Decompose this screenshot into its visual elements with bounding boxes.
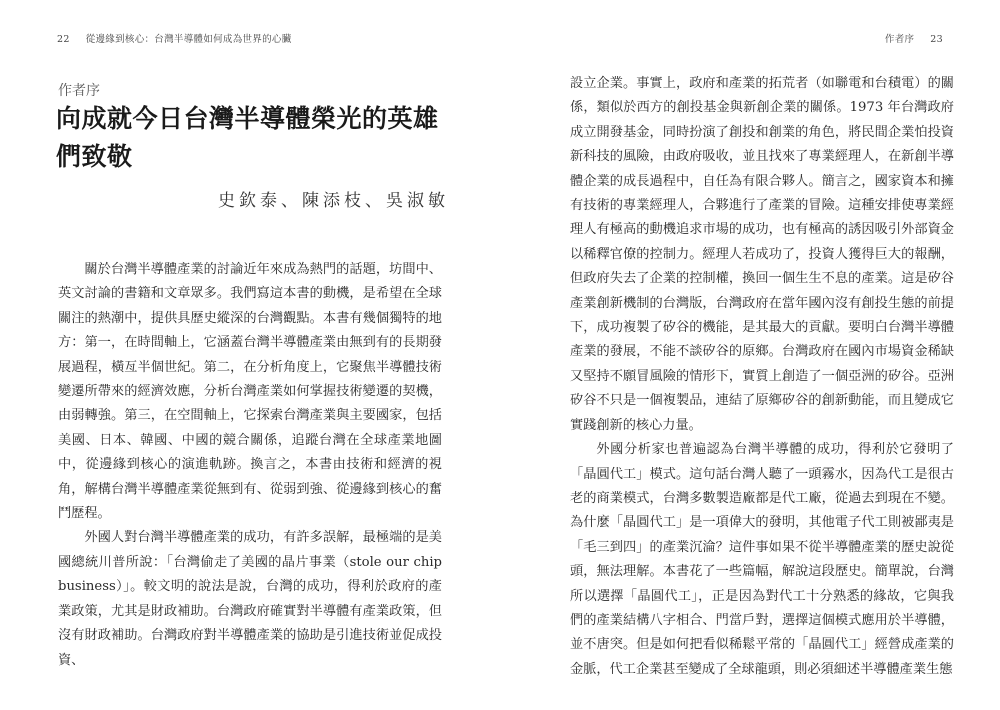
page-number-left: 22	[57, 34, 70, 45]
authors: 史欽泰、陳添枝、吳淑敏	[218, 186, 449, 211]
book-title: 從邊緣到核心：台灣半導體如何成為世界的心臟	[86, 34, 292, 45]
chapter-title: 向成就今日台灣半導體榮光的英雄們致敬	[56, 100, 456, 176]
page-number-right: 23	[930, 34, 943, 45]
body-text-left: 關於台灣半導體產業的討論近年來成為熱門的話題，坊間中、英文討論的書籍和文章眾多。…	[58, 258, 442, 673]
section-label: 作者序	[58, 80, 100, 100]
paragraph: 外國分析家也普遍認為台灣半導體的成功，得利於它發明了「晶圓代工」模式。這句話台灣…	[570, 438, 954, 682]
paragraph: 外國人對台灣半導體產業的成功，有許多誤解，最極端的是美國總統川普所說：「台灣偷走…	[58, 526, 442, 672]
paragraph: 關於台灣半導體產業的討論近年來成為熱門的話題，坊間中、英文討論的書籍和文章眾多。…	[58, 258, 442, 526]
running-head-right: 作者序23	[885, 31, 943, 45]
section-running-head: 作者序	[885, 34, 914, 45]
paragraph: 設立企業。事實上，政府和產業的拓荒者（如聯電和台積電）的關係，類似於西方的創投基…	[570, 72, 954, 438]
running-head-left: 22從邊緣到核心：台灣半導體如何成為世界的心臟	[57, 31, 292, 45]
left-page: 22從邊緣到核心：台灣半導體如何成為世界的心臟 作者序 向成就今日台灣半導體榮光…	[0, 0, 500, 710]
right-page: 作者序23 設立企業。事實上，政府和產業的拓荒者（如聯電和台積電）的關係，類似於…	[500, 0, 1000, 710]
body-text-right: 設立企業。事實上，政府和產業的拓荒者（如聯電和台積電）的關係，類似於西方的創投基…	[570, 72, 954, 682]
